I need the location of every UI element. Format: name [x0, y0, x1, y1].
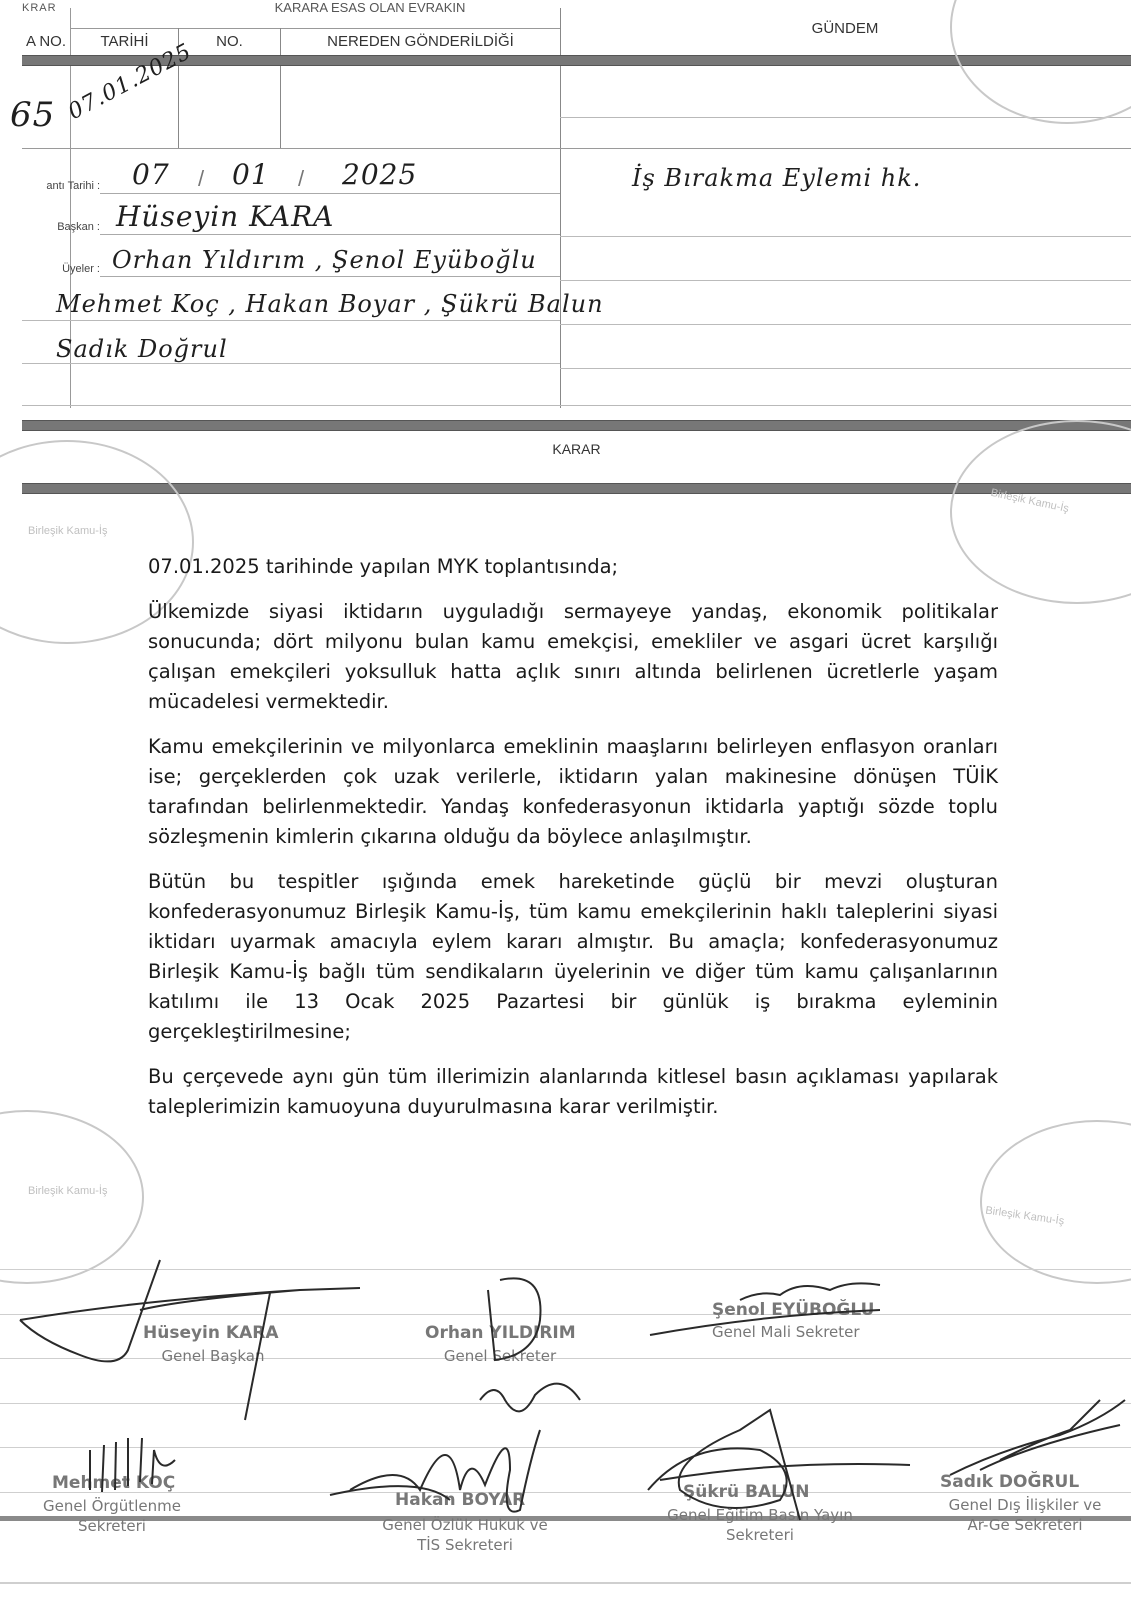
col-header-tarih: TARİHİ — [71, 33, 178, 50]
divider — [560, 8, 561, 408]
chair-value: Hüseyin KARA — [116, 200, 334, 233]
decision-paragraph: Ülkemizde siyasi iktidarın uyguladığı se… — [148, 597, 998, 717]
rule — [22, 148, 1131, 149]
col-header-nereden: NEREDEN GÖNDERİLDİĞİ — [281, 33, 560, 50]
decision-paragraph: Kamu emekçilerinin ve milyonlarca emekli… — [148, 732, 998, 852]
rule — [22, 363, 560, 364]
rule — [560, 236, 1131, 237]
divider — [71, 28, 560, 29]
karar-title: KARAR — [22, 441, 1131, 457]
signature-area: Hüseyin KARA Genel Başkan Orhan YILDIRIM… — [0, 1260, 1131, 1600]
underline — [100, 193, 560, 194]
rule — [22, 405, 1131, 406]
col-header-no: A NO. — [22, 33, 70, 50]
stamp-top-right — [950, 0, 1131, 124]
stamp-text: Birleşik Kamu-İş — [28, 525, 107, 537]
chair-label: Başkan : — [0, 221, 100, 233]
evrak-group-header: KARARA ESAS OLAN EVRAKIN — [180, 0, 560, 12]
date-month: 01 — [232, 158, 270, 191]
members-label: Üyeler : — [0, 263, 100, 275]
slash: / — [198, 166, 204, 192]
members-line-1: Orhan Yıldırım , Şenol Eyüboğlu — [112, 246, 537, 274]
karar-label-fragment: KRAR — [22, 2, 57, 14]
agenda-value: İş Bırakma Eylemi hk. — [632, 164, 921, 192]
underline — [100, 276, 560, 277]
slash: / — [298, 166, 304, 192]
decision-paragraph: Bütün bu tespitler ışığında emek hareket… — [148, 867, 998, 1047]
underline — [100, 234, 560, 235]
rule — [22, 320, 560, 321]
col-header-evrak-no: NO. — [179, 33, 280, 50]
rule — [560, 280, 1131, 281]
rule — [560, 324, 1131, 325]
stamp-left-bottom — [0, 1110, 144, 1284]
stamp-text: Birleşik Kamu-İş — [28, 1185, 107, 1197]
karar-top-rule — [22, 420, 1131, 431]
karar-no-value: 65 — [10, 95, 55, 135]
members-line-2: Mehmet Koç , Hakan Boyar , Şükrü Balun — [56, 290, 604, 318]
date-label: antı Tarihi : — [0, 180, 100, 192]
tarih-value: 07.01.2025 — [64, 39, 196, 125]
decision-paragraph: Bu çerçevede aynı gün tüm illerimizin al… — [148, 1062, 998, 1122]
members-line-3: Sadık Doğrul — [56, 335, 228, 363]
signature-scribble — [0, 1260, 1131, 1590]
decision-body: 07.01.2025 tarihinde yapılan MYK toplant… — [148, 552, 998, 1137]
decision-paragraph: 07.01.2025 tarihinde yapılan MYK toplant… — [148, 552, 998, 582]
date-year: 2025 — [342, 158, 417, 191]
date-day: 07 — [132, 158, 170, 191]
rule — [560, 368, 1131, 369]
